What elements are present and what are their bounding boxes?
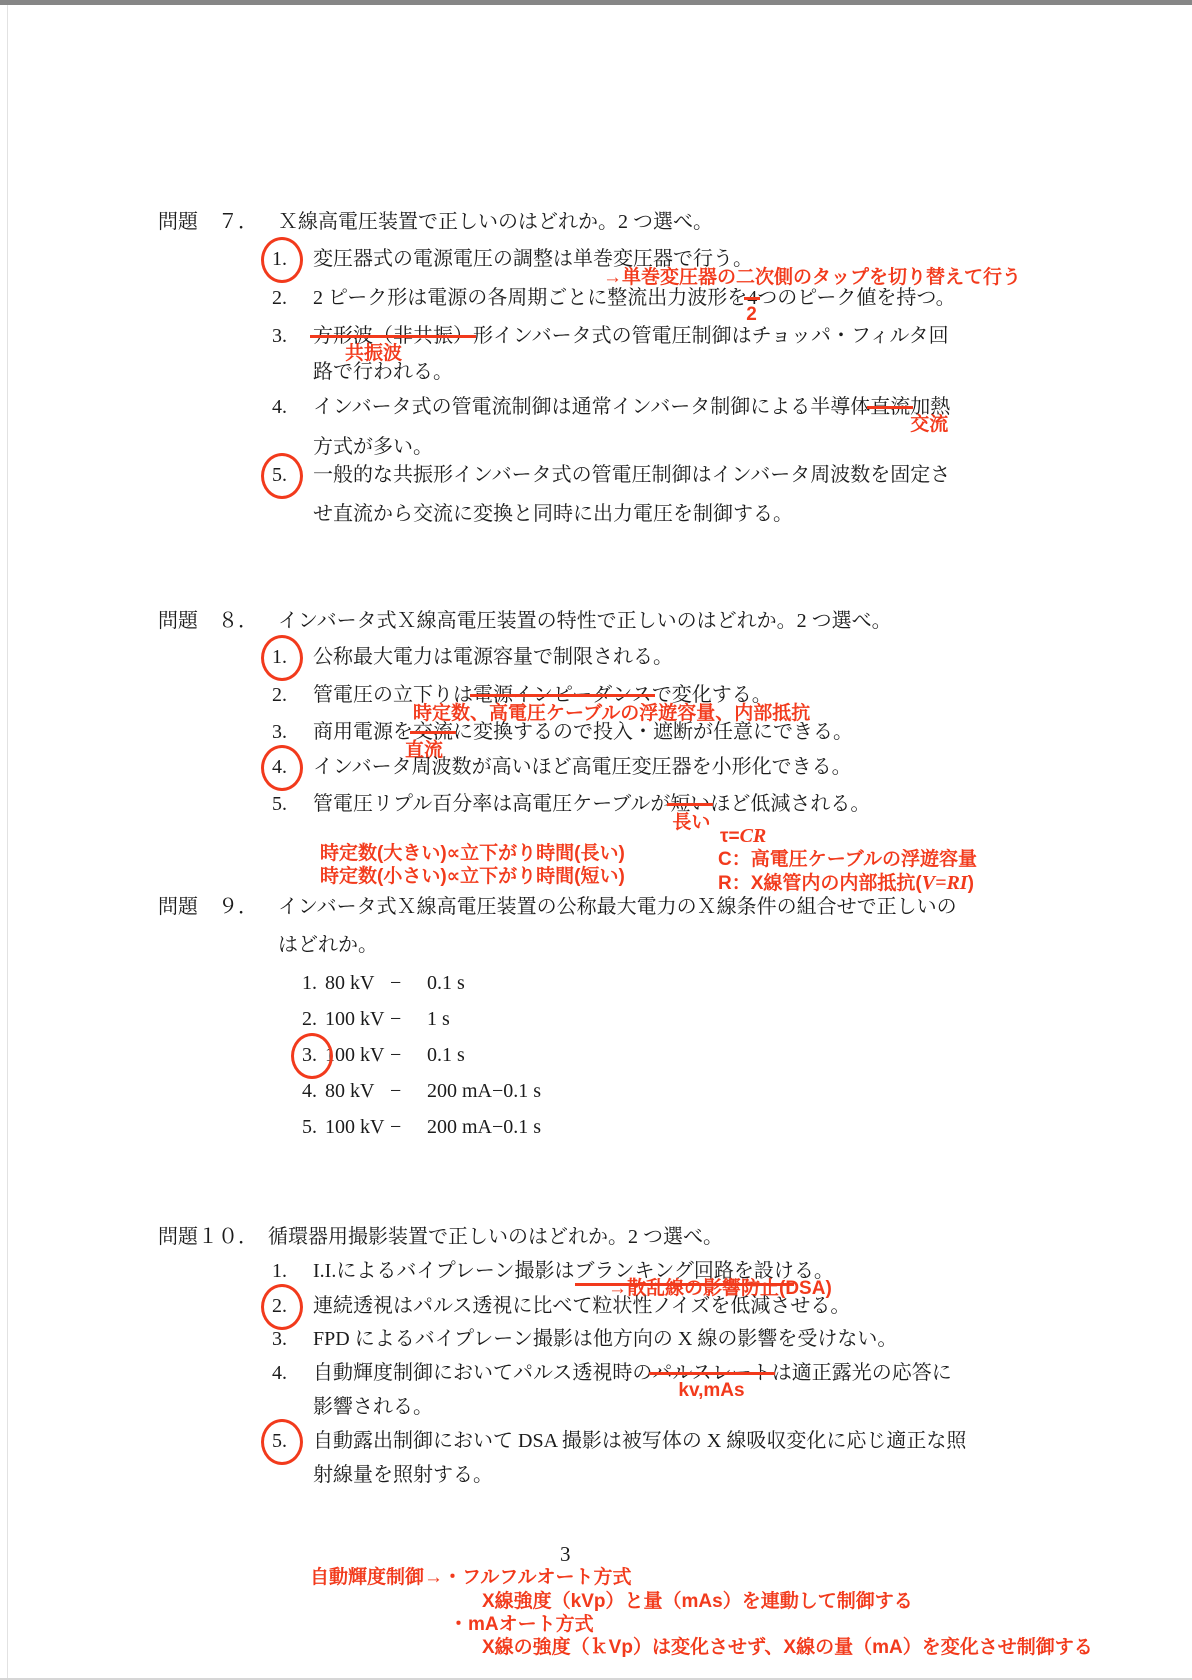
item-number-circled: 3. bbox=[302, 1041, 325, 1069]
footer-note-ma-auto-detail: X線の強度（ｋVp）は変化させず、X線の量（mA）を変化させ制御する bbox=[482, 1637, 1093, 1659]
item-text: インバータ周波数が高いほど高電圧変圧器を小形化できる。 bbox=[313, 756, 852, 778]
q7-item-3-line2: 路で行われる。 bbox=[313, 358, 453, 386]
strikethrough-text: 交流直流 bbox=[413, 718, 453, 746]
footer-note-ma-auto-title: ・mAオート方式 bbox=[449, 1614, 594, 1636]
question-title: インバータ式Ｘ線高電圧装置の特性で正しいのはどれか。2 つ選べ。 bbox=[278, 607, 892, 635]
item-number: 4. bbox=[272, 1359, 313, 1387]
dash: − bbox=[390, 1005, 427, 1033]
q7-item-5-line2: せ直流から交流に変換と同時に出力電圧を制御する。 bbox=[313, 500, 793, 528]
item-text-pre: 商用電源を bbox=[313, 721, 413, 743]
time-value: 0.1 s bbox=[427, 972, 465, 994]
question-title: インバータ式Ｘ線高電圧装置の公称最大電力のＸ線条件の組合せで正しいの bbox=[278, 893, 957, 921]
strikethrough-text: 短い長い bbox=[670, 790, 710, 818]
q9-heading: 問題 ９．インバータ式Ｘ線高電圧装置の公称最大電力のＸ線条件の組合せで正しいの bbox=[158, 893, 957, 921]
q10-item-4-line2: 影響される。 bbox=[313, 1393, 433, 1421]
footer-note-abc-title: 自動輝度制御→・フルフルオート方式 bbox=[310, 1567, 631, 1589]
item-text: 連続透視はパルス透視に比べて粒状性ノイズを低減させる。 bbox=[313, 1295, 850, 1317]
q10-item-3: 3.FPD によるバイプレーン撮影は他方向の X 線の影響を受けない。 bbox=[272, 1325, 897, 1353]
item-text-pre: インバータ式の管電流制御は通常インバータ制御による半導体 bbox=[313, 396, 870, 418]
question-label: 問題 ９． bbox=[158, 893, 258, 921]
footer-note-full-auto-detail: X線強度（kVp）と量（mAs）を連動して制御する bbox=[482, 1591, 913, 1613]
item-text: 一般的な共振形インバータ式の管電圧制御はインバータ周波数を固定さ bbox=[313, 464, 950, 486]
q7-item-3: 3.方形波（非共振）共振波形インバータ式の管電圧制御はチョッパ・フィルタ回 bbox=[272, 322, 949, 350]
item-number: 3. bbox=[272, 322, 313, 350]
item-text: 公称最大電力は電源容量で制限される。 bbox=[313, 646, 673, 668]
q10-item-5: 5.自動露出制御において DSA 撮影は被写体の X 線吸収変化に応じ適正な照 bbox=[272, 1427, 966, 1455]
item-text-pre: I.I.によるバイプレーン撮影は bbox=[313, 1260, 575, 1282]
dash: − bbox=[390, 969, 427, 997]
margin-note-r-definition: R：X線管内の内部抵抗(V=RI) bbox=[718, 872, 974, 895]
q8-item-1: 1.公称最大電力は電源容量で制限される。 bbox=[272, 643, 673, 671]
question-label: 問題 ８． bbox=[158, 607, 258, 635]
exam-document-page: 問題 ７．Ｘ線高電圧装置で正しいのはどれか。2 つ選べ。 1.変圧器式の電源電圧… bbox=[0, 0, 1192, 1680]
item-number-circled: 5. bbox=[272, 461, 313, 489]
tau-variables: CR bbox=[740, 825, 767, 847]
q7-item-5: 5.一般的な共振形インバータ式の管電圧制御はインバータ周波数を固定さ bbox=[272, 461, 950, 489]
r-definition-pre: R：X線管内の内部抵抗( bbox=[718, 873, 922, 894]
kv-value: 100 kV bbox=[325, 1005, 390, 1033]
item-number-circled: 4. bbox=[272, 753, 313, 781]
kv-value: 80 kV bbox=[325, 969, 390, 997]
q7-item-2: 2.2 ピーク形は電源の各周期ごとに整流出力波形を42つのピーク値を持つ。 bbox=[272, 284, 956, 312]
question-title-continued: はどれか。 bbox=[278, 934, 378, 956]
item-number: 3. bbox=[272, 718, 313, 746]
kv-value: 100 kV bbox=[325, 1113, 390, 1141]
question-label: 問題１０． bbox=[158, 1223, 258, 1251]
page-number: 3 bbox=[560, 1542, 571, 1567]
dash: − bbox=[390, 1041, 427, 1069]
kv-value: 100 kV bbox=[325, 1041, 390, 1069]
q9-item-2: 2.100 kV−1 s bbox=[302, 1005, 450, 1033]
q8-item-5: 5.管電圧リプル百分率は高電圧ケーブルが短い長いほど低減される。 bbox=[272, 790, 870, 818]
q9-item-5: 5.100 kV−200 mA−0.1 s bbox=[302, 1113, 541, 1141]
item-text-post: に変換するので投入・遮断が任意にできる。 bbox=[453, 721, 853, 743]
item-number-circled: 1. bbox=[272, 245, 313, 273]
item-number-circled: 5. bbox=[272, 1427, 313, 1455]
item-number-circled: 2. bbox=[272, 1292, 313, 1320]
item-number: 4. bbox=[302, 1077, 325, 1105]
q10-item-1: 1.I.I.によるバイプレーン撮影はブランキング回路を設ける。 →散乱線の影響防… bbox=[272, 1257, 834, 1285]
item-text: 自動露出制御において DSA 撮影は被写体の X 線吸収変化に応じ適正な照 bbox=[313, 1430, 966, 1452]
strikethrough-text: パルスレートkv,mAs bbox=[652, 1359, 771, 1387]
item-number: 3. bbox=[272, 1325, 313, 1353]
q9-item-4: 4.80 kV−200 mA−0.1 s bbox=[302, 1077, 541, 1105]
strikethrough-text: 電源インピーダンス時定数、高電圧ケーブルの浮遊容量、内部抵抗 bbox=[473, 681, 652, 709]
time-value: 1 s bbox=[427, 1008, 450, 1030]
strikethrough-text: 直流交流 bbox=[870, 393, 910, 421]
q8-item-3: 3.商用電源を交流直流に変換するので投入・遮断が任意にできる。 bbox=[272, 718, 853, 746]
red-correction: 交流 bbox=[910, 414, 948, 436]
q9-item-1: 1.80 kV−0.1 s bbox=[302, 969, 465, 997]
dash: − bbox=[390, 1077, 427, 1105]
question-title: 循環器用撮影装置で正しいのはどれか。2 つ選べ。 bbox=[268, 1223, 723, 1251]
item-text-pre: 管電圧リプル百分率は高電圧ケーブルが bbox=[313, 793, 670, 815]
item-number: 5. bbox=[272, 790, 313, 818]
time-value: 0.1 s bbox=[427, 1044, 465, 1066]
margin-note-tau-formula: τ=CR bbox=[720, 825, 766, 848]
time-value: 200 mA−0.1 s bbox=[427, 1080, 541, 1102]
q9-item-3: 3.100 kV−0.1 s bbox=[302, 1041, 465, 1069]
item-number: 2. bbox=[302, 1005, 325, 1033]
margin-note-time-constant-2: 時定数(小さい)∝立下がり時間(短い) bbox=[320, 866, 625, 888]
q7-item-4: 4.インバータ式の管電流制御は通常インバータ制御による半導体直流交流加熱 bbox=[272, 393, 950, 421]
item-text: FPD によるバイプレーン撮影は他方向の X 線の影響を受けない。 bbox=[313, 1328, 897, 1350]
item-text-post: は適正露光の応答に bbox=[772, 1362, 952, 1384]
item-text-pre: 2 ピーク形は電源の各周期ごとに整流出力波形を bbox=[313, 287, 747, 309]
dash: − bbox=[390, 1113, 427, 1141]
item-text: 射線量を照射する。 bbox=[313, 1464, 493, 1486]
item-number: 1. bbox=[272, 1257, 313, 1285]
r-definition-formula: V=RI bbox=[922, 872, 968, 894]
item-text-post: つのピーク値を持つ。 bbox=[757, 287, 955, 309]
q10-item-4: 4.自動輝度制御においてパルス透視時のパルスレートkv,mAsは適正露光の応答に bbox=[272, 1359, 952, 1387]
red-correction: 長い bbox=[672, 812, 710, 834]
strikethrough-text: 方形波（非共振）共振波 bbox=[313, 322, 473, 350]
q7-item-1: 1.変圧器式の電源電圧の調整は単巻変圧器で行う。 →単巻変圧器の二次側のタップを… bbox=[272, 245, 753, 273]
item-number-circled: 1. bbox=[272, 643, 313, 671]
q8-item-4: 4.インバータ周波数が高いほど高電圧変圧器を小形化できる。 bbox=[272, 753, 852, 781]
margin-note-c-definition: C：高電圧ケーブルの浮遊容量 bbox=[718, 849, 977, 871]
time-value: 200 mA−0.1 s bbox=[427, 1116, 541, 1138]
kv-value: 80 kV bbox=[325, 1077, 390, 1105]
item-text: 路で行われる。 bbox=[313, 361, 453, 383]
margin-note-time-constant-1: 時定数(大きい)∝立下がり時間(長い) bbox=[320, 843, 625, 865]
tau-label: τ= bbox=[720, 826, 740, 847]
q7-item-4-line2: 方式が多い。 bbox=[313, 433, 433, 461]
item-number: 5. bbox=[302, 1113, 325, 1141]
item-text: 方式が多い。 bbox=[313, 436, 433, 458]
red-correction: kv,mAs bbox=[678, 1380, 744, 1402]
item-number: 4. bbox=[272, 393, 313, 421]
q10-heading: 問題１０．循環器用撮影装置で正しいのはどれか。2 つ選べ。 bbox=[158, 1223, 723, 1251]
struck-text: 直流 bbox=[870, 396, 910, 418]
item-text-post: 形インバータ式の管電圧制御はチョッパ・フィルタ回 bbox=[473, 325, 949, 347]
item-text-post: ほど低減される。 bbox=[710, 793, 870, 815]
item-text-pre: 自動輝度制御においてパルス透視時の bbox=[313, 1362, 652, 1384]
strikethrough-text: 42 bbox=[747, 284, 757, 312]
q9-heading-line2: はどれか。 bbox=[278, 931, 378, 959]
q7-heading: 問題 ７．Ｘ線高電圧装置で正しいのはどれか。2 つ選べ。 bbox=[158, 208, 713, 236]
question-label: 問題 ７． bbox=[158, 208, 258, 236]
question-title: Ｘ線高電圧装置で正しいのはどれか。2 つ選べ。 bbox=[278, 208, 713, 236]
item-text: 影響される。 bbox=[313, 1396, 433, 1418]
q10-item-2: 2.連続透視はパルス透視に比べて粒状性ノイズを低減させる。 bbox=[272, 1292, 850, 1320]
item-number: 2. bbox=[272, 284, 313, 312]
item-number: 2. bbox=[272, 681, 313, 709]
item-text: せ直流から交流に変換と同時に出力電圧を制御する。 bbox=[313, 503, 793, 525]
q8-heading: 問題 ８．インバータ式Ｘ線高電圧装置の特性で正しいのはどれか。2 つ選べ。 bbox=[158, 607, 892, 635]
item-number: 1. bbox=[302, 969, 325, 997]
r-definition-post: ) bbox=[968, 873, 974, 894]
q10-item-5-line2: 射線量を照射する。 bbox=[313, 1461, 493, 1489]
q8-item-2: 2.管電圧の立下りは電源インピーダンス時定数、高電圧ケーブルの浮遊容量、内部抵抗… bbox=[272, 681, 772, 709]
